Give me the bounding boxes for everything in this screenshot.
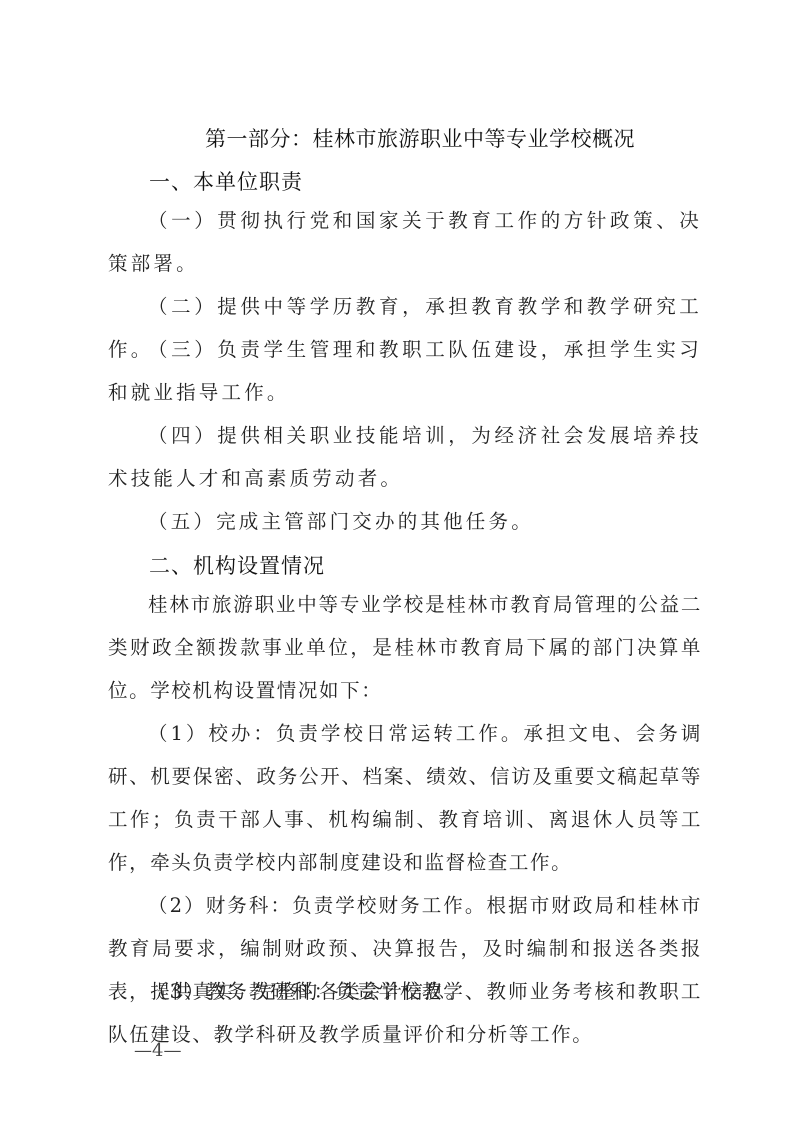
duty-paragraph-4: （四）提供相关职业技能培训，为经济社会发展培养技术技能人才和高素质劳动者。 [108,414,702,500]
organization-intro-paragraph: 桂林市旅游职业中等专业学校是桂林市教育局管理的公益二类财政全额拨款事业单位，是桂… [108,583,702,712]
section-heading-duties: 一、本单位职责 [149,167,303,197]
department-office-paragraph: （1）校办：负责学校日常运转工作。承担文电、会务调研、机要保密、政务公开、档案、… [108,712,702,884]
section-heading-organization: 二、机构设置情况 [149,551,325,581]
page-title: 第一部分：桂林市旅游职业中等专业学校概况 [140,124,700,154]
duty-paragraph-1: （一）贯彻执行党和国家关于教育工作的方针政策、决策部署。 [108,199,702,285]
duty-paragraph-3: （三）负责学生管理和教职工队伍建设，承担学生实习和就业指导工作。 [108,328,702,414]
document-page: 第一部分：桂林市旅游职业中等专业学校概况 一、本单位职责 （一）贯彻执行党和国家… [0,0,800,1131]
page-number: —4— [134,1040,181,1061]
duty-paragraph-5: （五）完成主管部门交办的其他任务。 [108,500,702,543]
department-academic-paragraph: （3）教务教研科：负责学校教学、教师业务考核和教职工队伍建设、教学科研及教学质量… [108,970,702,1056]
